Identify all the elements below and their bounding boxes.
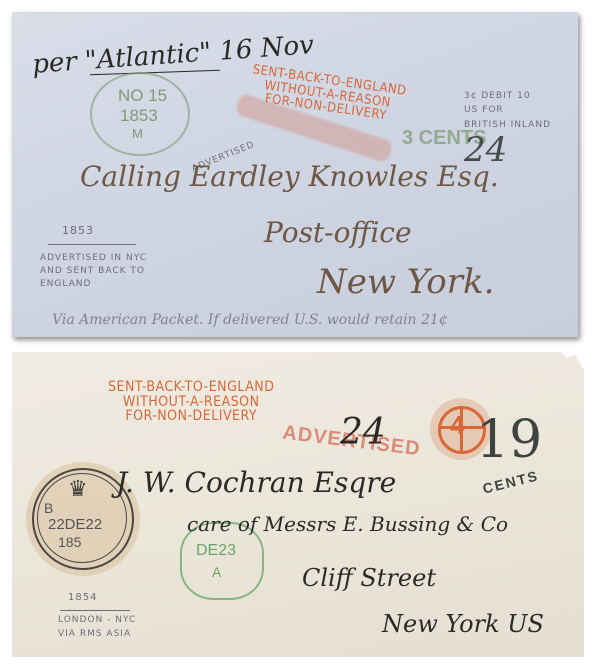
pencil-note-rate: 3¢ DEBIT 10 US FOR BRITISH INLAND — [464, 89, 551, 132]
pencil-underline — [48, 244, 136, 245]
black-rate-19: 19 — [476, 410, 542, 470]
postmark-year: 1853 — [120, 106, 158, 126]
address-line-3: Cliff Street — [302, 564, 436, 592]
manuscript-rate-24: 24 — [340, 412, 386, 453]
address-line-2: care of Messrs E. Bussing & Co — [187, 512, 508, 536]
pencil-bottom-note: Via American Packet. If delivered U.S. w… — [52, 312, 448, 328]
postmark-year: 185 — [58, 534, 81, 550]
address-line-1: Calling Eardley Knowles Esq. — [80, 160, 499, 193]
postmark-date: 22DE22 — [48, 516, 102, 533]
address-line-2: Post-office — [264, 216, 412, 249]
bottom-cover: SENT-BACK-TO-ENGLAND WITHOUT-A-REASON FO… — [12, 352, 584, 657]
postmark-code: M — [132, 126, 143, 141]
postmark-date: NO 15 — [118, 86, 167, 106]
address-line-1: J. W. Cochran Esqre — [116, 466, 396, 499]
address-line-4: New York US — [382, 610, 544, 638]
green-circular-postmark: NO 15 1853 M — [90, 72, 190, 156]
postmark-letters: B — [44, 500, 53, 516]
address-line-3: New York. — [317, 262, 494, 302]
top-cover: per "Atlantic" 16 Nov NO 15 1853 M SENT-… — [12, 12, 578, 337]
pencil-note-route: LONDON - NYC VIA RMS ASIA — [58, 614, 136, 642]
postmark-date: DE23 — [196, 542, 236, 560]
crown-icon: ♛ — [68, 476, 88, 502]
pencil-year-1854: 1854 — [68, 592, 97, 603]
red-handstamp-sent-back: SENT-BACK-TO-ENGLAND WITHOUT-A-REASON FO… — [108, 380, 274, 424]
postmark-code: A — [212, 564, 221, 580]
crayon-digit: 4 — [450, 410, 464, 441]
pencil-note-history: ADVERTISED IN NYC AND SENT BACK TO ENGLA… — [40, 252, 147, 291]
black-rate-cents: CENTS — [481, 467, 541, 496]
pencil-year-1853: 1853 — [62, 224, 94, 237]
pencil-underline — [60, 610, 130, 611]
